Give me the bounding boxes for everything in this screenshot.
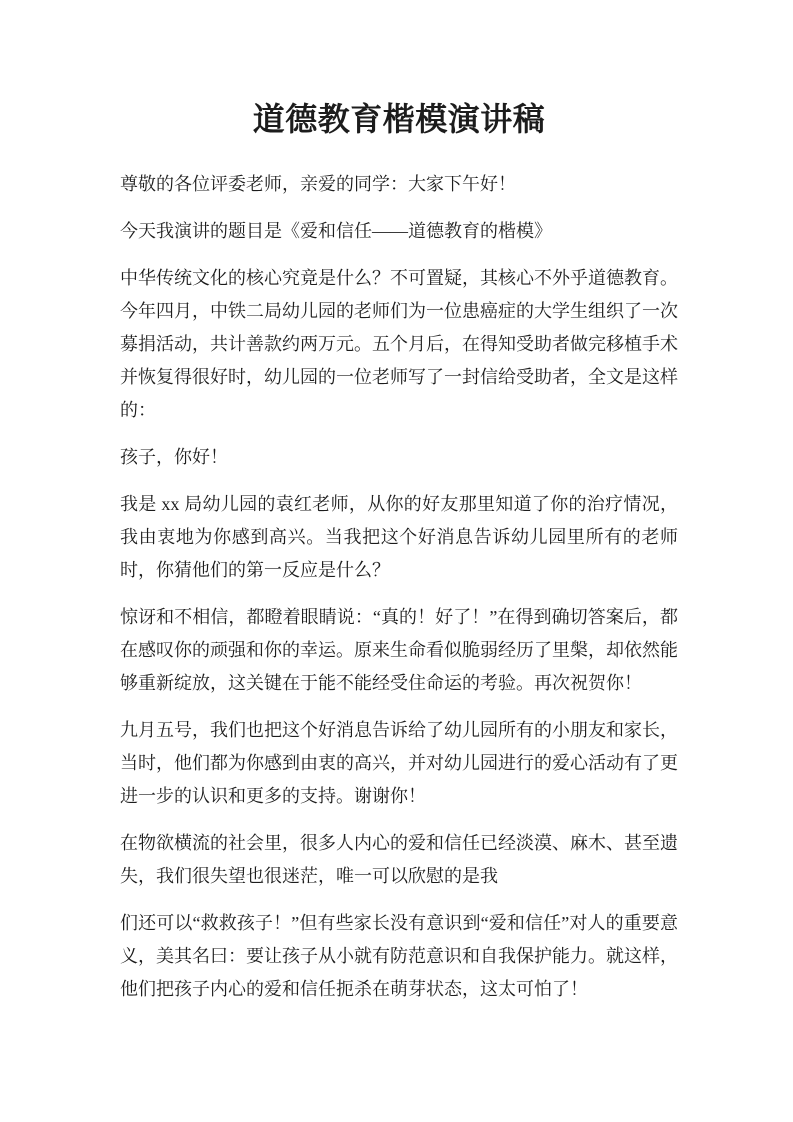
paragraph-letter-salute: 孩子，你好！ — [120, 441, 678, 474]
paragraph-letter-1: 我是 xx 局幼儿园的袁红老师，从你的好友那里知道了你的治疗情况，我由衷地为你感… — [120, 488, 678, 587]
paragraph-greeting: 尊敬的各位评委老师，亲爱的同学：大家下午好！ — [120, 168, 678, 201]
paragraph-letter-3: 九月五号，我们也把这个好消息告诉给了幼儿园所有的小朋友和家长，当时，他们都为你感… — [120, 714, 678, 813]
paragraph-intro: 中华传统文化的核心究竟是什么？不可置疑，其核心不外乎道德教育。今年四月，中铁二局… — [120, 262, 678, 427]
paragraph-letter-2: 惊讶和不相信，都瞪着眼睛说：“真的！好了！”在得到确切答案后，都在感叹你的顽强和… — [120, 601, 678, 700]
document-body: 尊敬的各位评委老师，亲爱的同学：大家下午好！ 今天我演讲的题目是《爱和信任——道… — [120, 168, 678, 1006]
paragraph-comment-2: 们还可以“救救孩子！”但有些家长没有意识到“爱和信任”对人的重要意义，美其名曰：… — [120, 907, 678, 1006]
document-page: 道德教育楷模演讲稿 尊敬的各位评委老师，亲爱的同学：大家下午好！ 今天我演讲的题… — [0, 0, 793, 1122]
paragraph-comment-1: 在物欲横流的社会里，很多人内心的爱和信任已经淡漠、麻木、甚至遗失，我们很失望也很… — [120, 827, 678, 893]
document-title: 道德教育楷模演讲稿 — [120, 97, 678, 142]
paragraph-topic: 今天我演讲的题目是《爱和信任——道德教育的楷模》 — [120, 215, 678, 248]
